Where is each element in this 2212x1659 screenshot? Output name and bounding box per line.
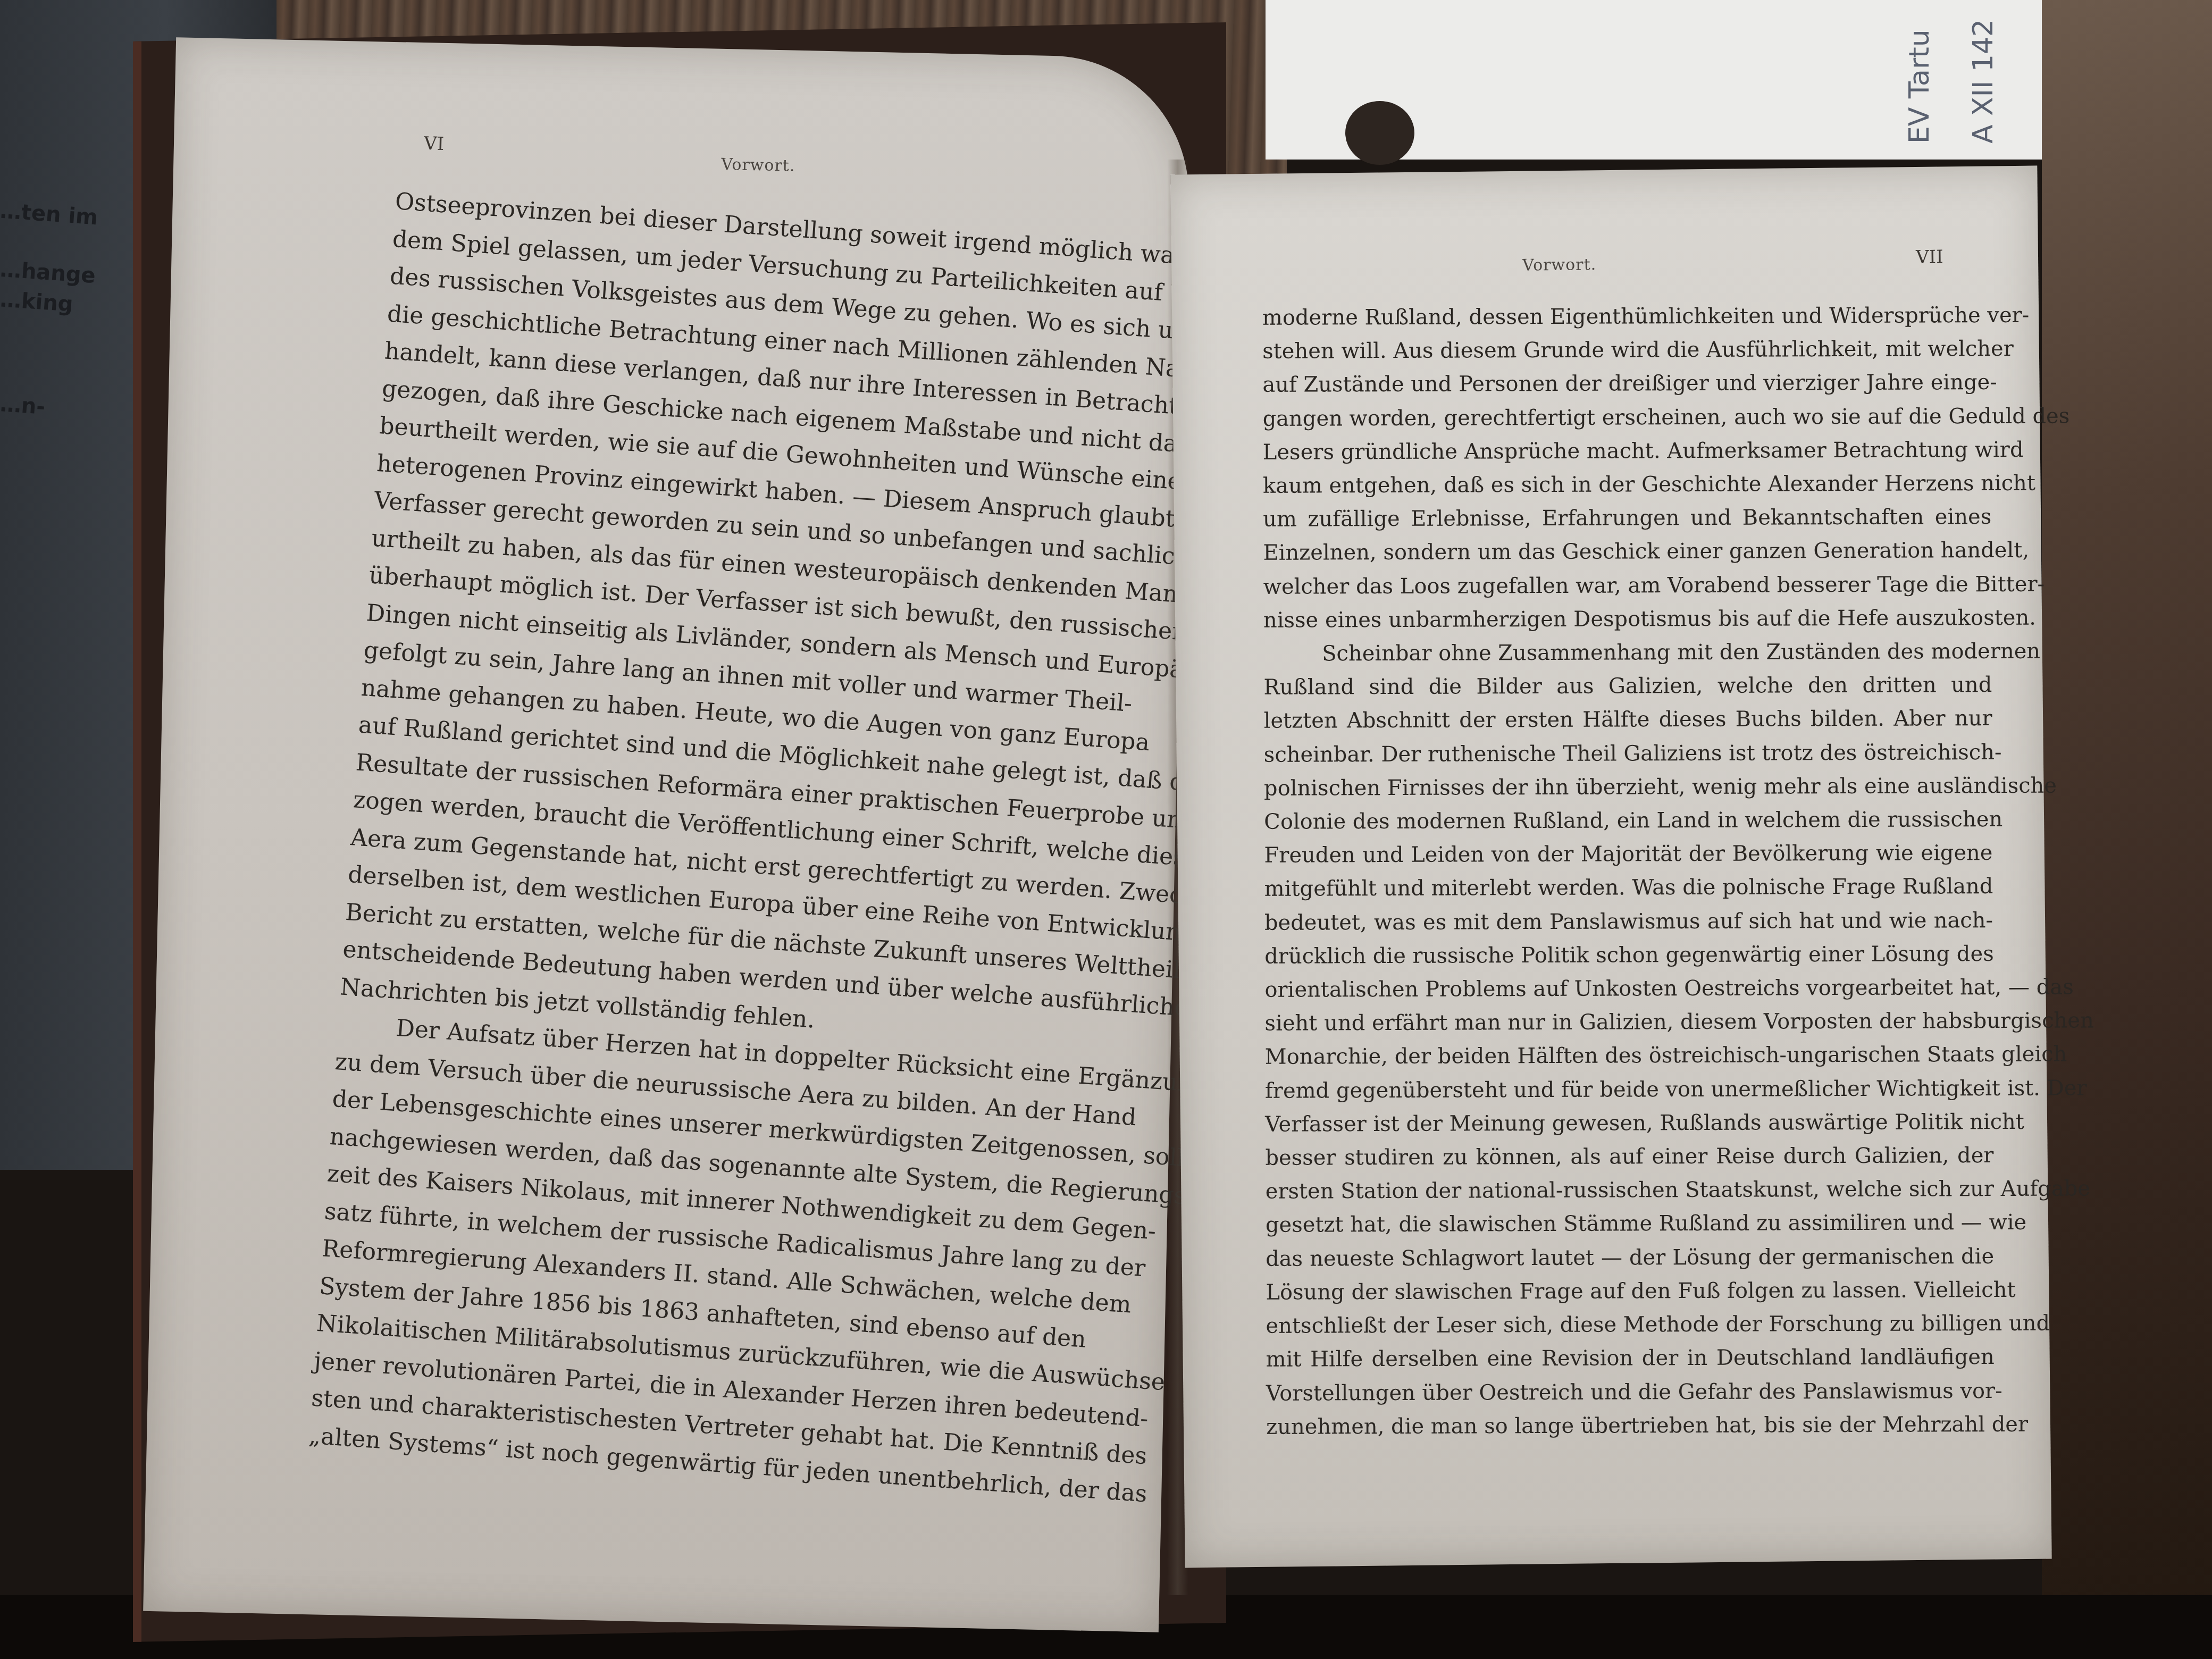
text-line: mit Hilfe derselben eine Revision der in… (1266, 1340, 1995, 1377)
right-page: Vorwort. VII moderne Rußland, dessen Eig… (1170, 166, 2051, 1568)
text-line: um zufällige Erlebnisse, Erfahrungen und… (1263, 500, 1991, 537)
running-head: Vorwort. (1522, 255, 1596, 274)
text-line: Rußland sind die Bilder aus Galizien, we… (1263, 668, 1992, 705)
text-line: Einzelnen, sondern um das Geschick einer… (1263, 534, 1991, 570)
wooden-table-edge (2042, 0, 2212, 1659)
text-line: Lösung der slawischen Frage auf den Fuß … (1266, 1273, 1994, 1310)
text-line: Freuden und Leiden von der Majorität der… (1264, 836, 1992, 873)
text-line: moderne Rußland, dessen Eigenthümlichkei… (1262, 299, 1991, 335)
text-line: Scheinbar ohne Zusammenhang mit den Zust… (1263, 635, 1992, 671)
text-line: letzten Abschnitt der ersten Hälfte dies… (1263, 702, 1992, 738)
handwritten-line: A XII 142 (1967, 19, 1999, 144)
text-line: zunehmen, die man so lange übertrieben h… (1266, 1408, 1995, 1444)
text-line: Colonie des modernen Rußland, ein Land i… (1264, 803, 1992, 839)
punch-hole (1345, 101, 1414, 165)
background-book-text: …king (0, 287, 74, 316)
background-book-text: …n- (0, 392, 46, 420)
text-line: mitgefühlt und miterlebt werden. Was die… (1264, 870, 1993, 906)
text-line: scheinbar. Der ruthenische Theil Galizie… (1264, 736, 1992, 772)
background-book-text: …ten im (0, 199, 98, 230)
text-line: nisse eines unbarmherzigen Despotismus b… (1263, 601, 1992, 638)
text-line: Lesers gründliche Ansprüche macht. Aufme… (1263, 433, 1991, 470)
body-text: moderne Rußland, dessen Eigenthümlichkei… (1262, 299, 1995, 1444)
text-line: orientalischen Problems auf Unkosten Oes… (1264, 971, 1993, 1007)
text-line: Verfasser ist der Meinung gewesen, Rußla… (1265, 1105, 1993, 1142)
text-line: gesetzt hat, die slawischen Stämme Rußla… (1266, 1206, 1994, 1243)
text-line: polnischen Firnisses der ihn überzieht, … (1264, 769, 1992, 806)
body-text: Ostseeprovinzen bei dieser Darstellung s… (307, 183, 1086, 1503)
text-line: kaum entgehen, daß es sich in der Geschi… (1263, 467, 1991, 503)
text-line: fremd gegenübersteht und für beide von u… (1265, 1072, 1993, 1108)
running-head: Vorwort. (721, 155, 795, 175)
background-book-text: …hange (0, 257, 96, 288)
text-line: gangen worden, gerechtfertigt erscheinen… (1262, 400, 1991, 436)
page-number: VII (1916, 246, 1943, 268)
text-line: Vorstellungen über Oestreich und die Gef… (1266, 1375, 1995, 1411)
text-line: bedeutet, was es mit dem Panslawismus au… (1264, 904, 1993, 940)
text-line: das neueste Schlagwort lautet — der Lösu… (1266, 1240, 1994, 1276)
left-page: VI Vorwort. Ostseeprovinzen bei dieser D… (143, 37, 1192, 1632)
handwritten-note: EV Tartu A XII 142 (1893, 11, 2021, 149)
page-number: VI (424, 133, 445, 155)
text-line: Monarchie, der beiden Hälften des östrei… (1265, 1038, 1993, 1074)
text-line: sieht und erfährt man nur in Galizien, d… (1264, 1004, 1993, 1041)
text-line: stehen will. Aus diesem Grunde wird die … (1262, 332, 1991, 368)
text-line: welcher das Loos zugefallen war, am Vora… (1263, 568, 1992, 604)
text-line: drücklich die russische Politik schon ge… (1264, 937, 1993, 974)
text-line: besser studiren zu können, als auf einer… (1265, 1139, 1993, 1175)
text-line: entschließt der Leser sich, diese Method… (1266, 1307, 1994, 1343)
text-line: ersten Station der national-russischen S… (1266, 1172, 1994, 1209)
handwritten-line: EV Tartu (1904, 29, 1935, 144)
text-line: auf Zustände und Personen der dreißiger … (1262, 366, 1991, 402)
